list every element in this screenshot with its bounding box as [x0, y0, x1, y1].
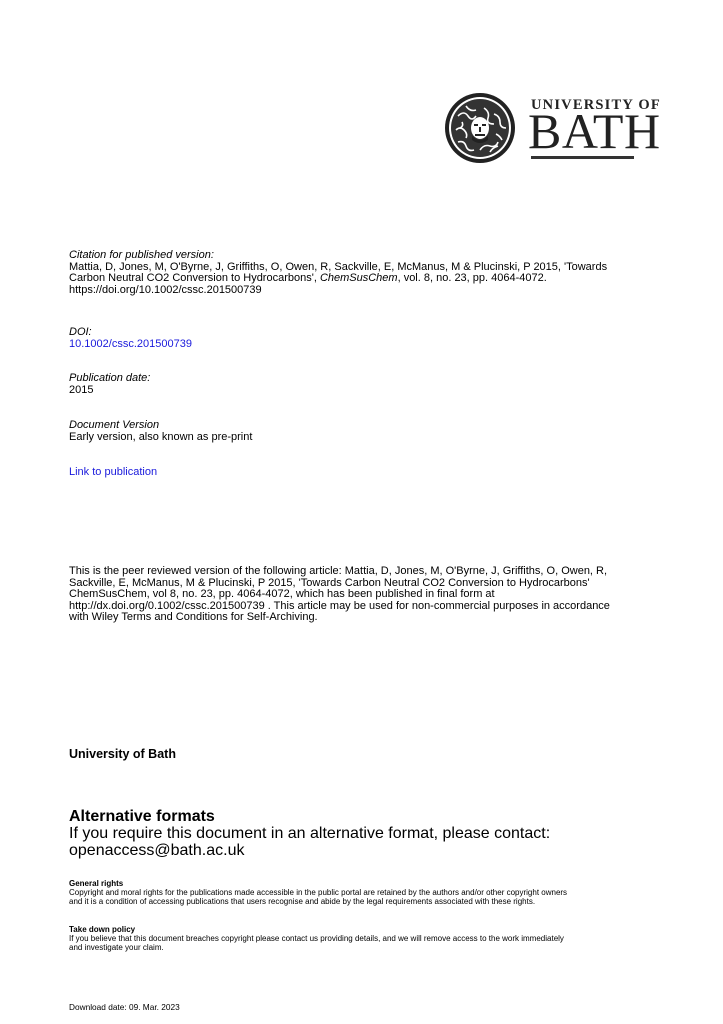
- alternative-formats-line: If you require this document in an alter…: [69, 825, 550, 842]
- document-version-section: Document Version Early version, also kno…: [69, 420, 252, 443]
- alternative-formats-text: If you require this document in an alter…: [69, 825, 550, 859]
- logo-underline: [531, 156, 634, 159]
- citation-label: Citation for published version:: [69, 250, 607, 262]
- alternative-formats-heading: Alternative formats: [69, 808, 215, 825]
- institution-name: University of Bath: [69, 747, 176, 761]
- notice-line-5: with Wiley Terms and Conditions for Self…: [69, 612, 610, 624]
- university-of-bath-logo: UNIVERSITY OF BATH: [444, 92, 636, 164]
- citation-section: Citation for published version: Mattia, …: [69, 250, 607, 296]
- document-version-value: Early version, also known as pre-print: [69, 432, 252, 444]
- citation-text: , vol. 8, no. 23, pp. 4064-4072.: [398, 272, 547, 284]
- notice-section: This is the peer reviewed version of the…: [69, 566, 610, 624]
- download-date: Download date: 09. Mar. 2023: [69, 1002, 180, 1012]
- publication-date-value: 2015: [69, 385, 150, 397]
- logo-text-bath: BATH: [528, 106, 661, 156]
- take-down-policy-line-2: and investigate your claim.: [69, 944, 564, 953]
- take-down-policy-section: Take down policy If you believe that thi…: [69, 926, 564, 952]
- general-rights-line-2: and it is a condition of accessing publi…: [69, 898, 567, 907]
- doi-label: DOI:: [69, 327, 192, 339]
- citation-journal: ChemSusChem: [320, 272, 398, 284]
- university-seal-icon: [444, 92, 516, 164]
- doi-section: DOI: 10.1002/cssc.201500739: [69, 327, 192, 350]
- doi-link[interactable]: 10.1002/cssc.201500739: [69, 339, 192, 351]
- citation-url: https://doi.org/10.1002/cssc.201500739: [69, 285, 607, 297]
- contact-email[interactable]: openaccess@bath.ac.uk: [69, 842, 550, 859]
- document-version-label: Document Version: [69, 420, 252, 432]
- publication-date-section: Publication date: 2015: [69, 373, 150, 396]
- publication-date-label: Publication date:: [69, 373, 150, 385]
- link-to-publication[interactable]: Link to publication: [69, 467, 157, 479]
- general-rights-section: General rights Copyright and moral right…: [69, 880, 567, 906]
- notice-line-1: This is the peer reviewed version of the…: [69, 566, 610, 578]
- citation-text: Carbon Neutral CO2 Conversion to Hydroca…: [69, 272, 320, 284]
